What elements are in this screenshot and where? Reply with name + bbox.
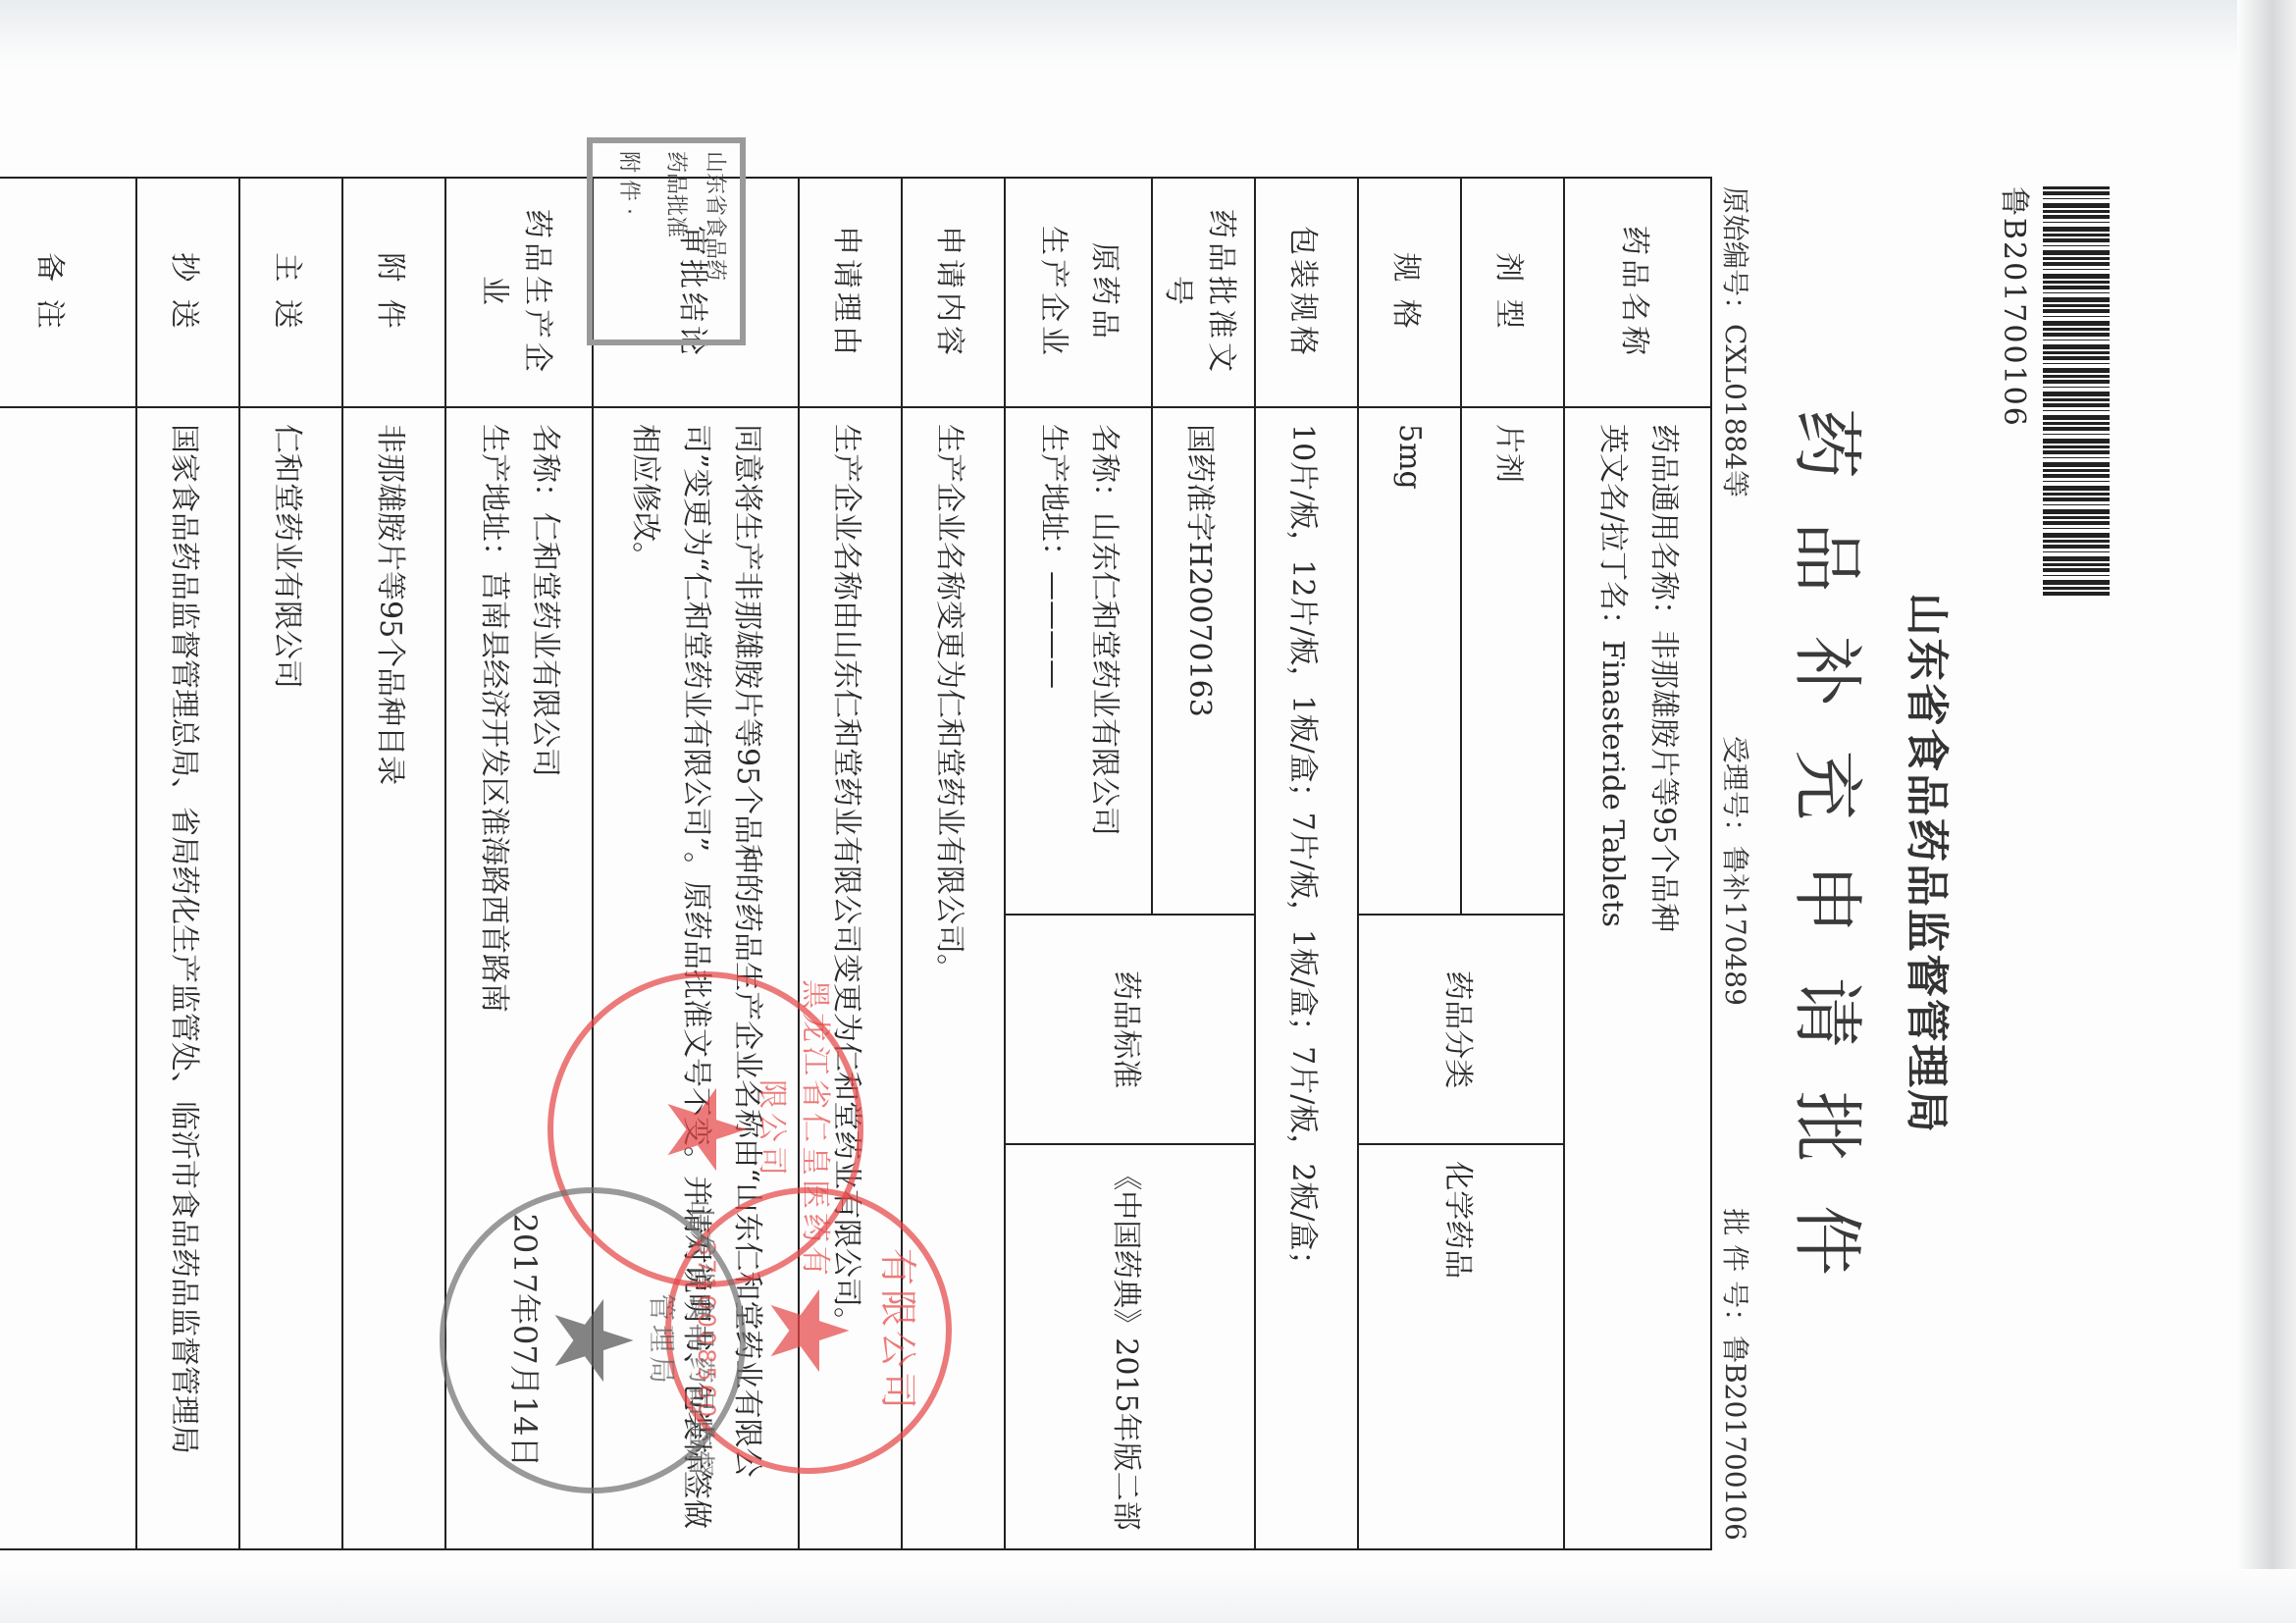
generic-name: 药品通用名称：非那雄胺片等95个品种 bbox=[1638, 424, 1689, 1533]
value-drug-name: 药品通用名称：非那雄胺片等95个品种 英文名/拉丁名：Finasteride T… bbox=[1564, 407, 1711, 1549]
value-drug-category: 化学药品 bbox=[1358, 1144, 1564, 1549]
label-dosage-form: 剂 型 bbox=[1461, 178, 1564, 407]
row-attachment: 附 件 非那雄胺片等95个品种目录 bbox=[342, 178, 445, 1549]
company-seal-text: 有限公司 bbox=[874, 1193, 928, 1468]
agency-seal: 山东省食品药品监督管理局 ★ 2017年07月14日 bbox=[440, 1187, 746, 1493]
acceptance-number: 受理号：鲁补170489 bbox=[1717, 736, 1756, 1006]
label-drug-name: 药品名称 bbox=[1564, 178, 1711, 407]
label-drug-category: 药品分类 bbox=[1358, 915, 1564, 1144]
agency-name: 山东省食品药品监督管理局 bbox=[1900, 128, 1962, 1599]
seam-line-2: 药品批准 bbox=[662, 151, 693, 237]
barcode-block: 鲁B201700106 bbox=[1992, 186, 2110, 648]
value-dosage-form: 片剂 bbox=[1461, 407, 1564, 915]
row-approval-no: 药品批准文号 国药准字H20070163 药品标准 《中国药典》2015年版二部 bbox=[1152, 178, 1255, 1549]
scan-edge-top bbox=[0, 0, 2296, 69]
barcode-text: 鲁B201700106 bbox=[1996, 186, 2039, 648]
seam-line-3: 附 件 · bbox=[615, 151, 646, 215]
label-strength: 规 格 bbox=[1358, 178, 1461, 407]
original-manufacturer-name: 名称：山东仁和堂药业有限公司 bbox=[1078, 424, 1129, 898]
label-line-1: 原药品 bbox=[1078, 194, 1129, 391]
scan-edge-right bbox=[2237, 0, 2296, 1623]
agency-seal-text: 山东省食品药品监督管理局 bbox=[644, 1193, 722, 1488]
value-strength: 5mg bbox=[1358, 407, 1461, 915]
label-drug-standard: 药品标准 bbox=[1005, 915, 1255, 1144]
star-icon: ★ bbox=[755, 1283, 862, 1380]
label-approval-no: 药品批准文号 bbox=[1152, 178, 1255, 407]
star-icon: ★ bbox=[539, 1292, 647, 1389]
approval-document: 山东省食品药品监督管理局 药品补充申请批件 原始编号：CXL01884等 受理号… bbox=[432, 128, 1982, 1599]
barcode-icon bbox=[2043, 186, 2110, 599]
original-number: 原始编号：CXL01884等 bbox=[1717, 186, 1756, 497]
row-dosage-form: 剂 型 片剂 药品分类 化学药品 bbox=[1461, 178, 1564, 1549]
label-main-recipient: 主 送 bbox=[239, 178, 342, 407]
row-main-recipient: 主 送 仁和堂药业有限公司 bbox=[239, 178, 342, 1549]
value-main-recipient: 仁和堂药业有限公司 bbox=[239, 407, 342, 1549]
label-manufacturer: 药品生产企业 bbox=[445, 178, 593, 407]
value-drug-standard: 《中国药典》2015年版二部 bbox=[1005, 1144, 1255, 1549]
value-original-manufacturer: 名称：山东仁和堂药业有限公司 生产地址：———— bbox=[1005, 407, 1152, 915]
seam-line-1: 山东省食品药 bbox=[702, 151, 732, 281]
row-cc: 抄 送 国家食品药品监督管理总局、省局药化生产监管处、临沂市食品药品监督管理局 bbox=[136, 178, 239, 1549]
label-attachment: 附 件 bbox=[342, 178, 445, 407]
value-packaging: 10片/板，12片/板，1板/盒；7片/板，1板/盒；7片/板，2板/盒； bbox=[1255, 407, 1358, 1549]
row-drug-name: 药品名称 药品通用名称：非那雄胺片等95个品种 英文名/拉丁名：Finaster… bbox=[1564, 178, 1711, 1549]
document-title: 药品补充申请批件 bbox=[1782, 128, 1884, 1599]
value-remarks bbox=[0, 407, 136, 1549]
document-meta: 原始编号：CXL01884等 受理号：鲁补170489 批 件 号：鲁B2017… bbox=[1717, 186, 1756, 1541]
original-manufacturer-address: 生产地址：———— bbox=[1027, 424, 1078, 898]
value-approval-no: 国药准字H20070163 bbox=[1152, 407, 1255, 915]
approval-number: 批 件 号：鲁B201700106 bbox=[1717, 1208, 1756, 1541]
label-remarks: 备 注 bbox=[0, 178, 136, 407]
english-name: 英文名/拉丁名：Finasteride Tablets bbox=[1587, 424, 1638, 1533]
label-application-content: 申请内容 bbox=[902, 178, 1005, 407]
value-cc: 国家食品药品监督管理总局、省局药化生产监管处、临沂市食品药品监督管理局 bbox=[136, 407, 239, 1549]
row-packaging: 包装规格 10片/板，12片/板，1板/盒；7片/板，1板/盒；7片/板，2板/… bbox=[1255, 178, 1358, 1549]
seam-stamp: 山东省食品药 药品批准 附 件 · bbox=[587, 137, 746, 345]
label-application-reason: 申请理由 bbox=[799, 178, 902, 407]
label-original-manufacturer: 原药品 生产企业 bbox=[1005, 178, 1152, 407]
label-packaging: 包装规格 bbox=[1255, 178, 1358, 407]
star-icon: ★ bbox=[652, 1081, 759, 1178]
label-line-2: 生产企业 bbox=[1027, 194, 1078, 391]
seal-date: 2017年07月14日 bbox=[504, 1193, 549, 1488]
value-attachment: 非那雄胺片等95个品种目录 bbox=[342, 407, 445, 1549]
label-cc: 抄 送 bbox=[136, 178, 239, 407]
row-remarks: 备 注 bbox=[0, 178, 136, 1549]
